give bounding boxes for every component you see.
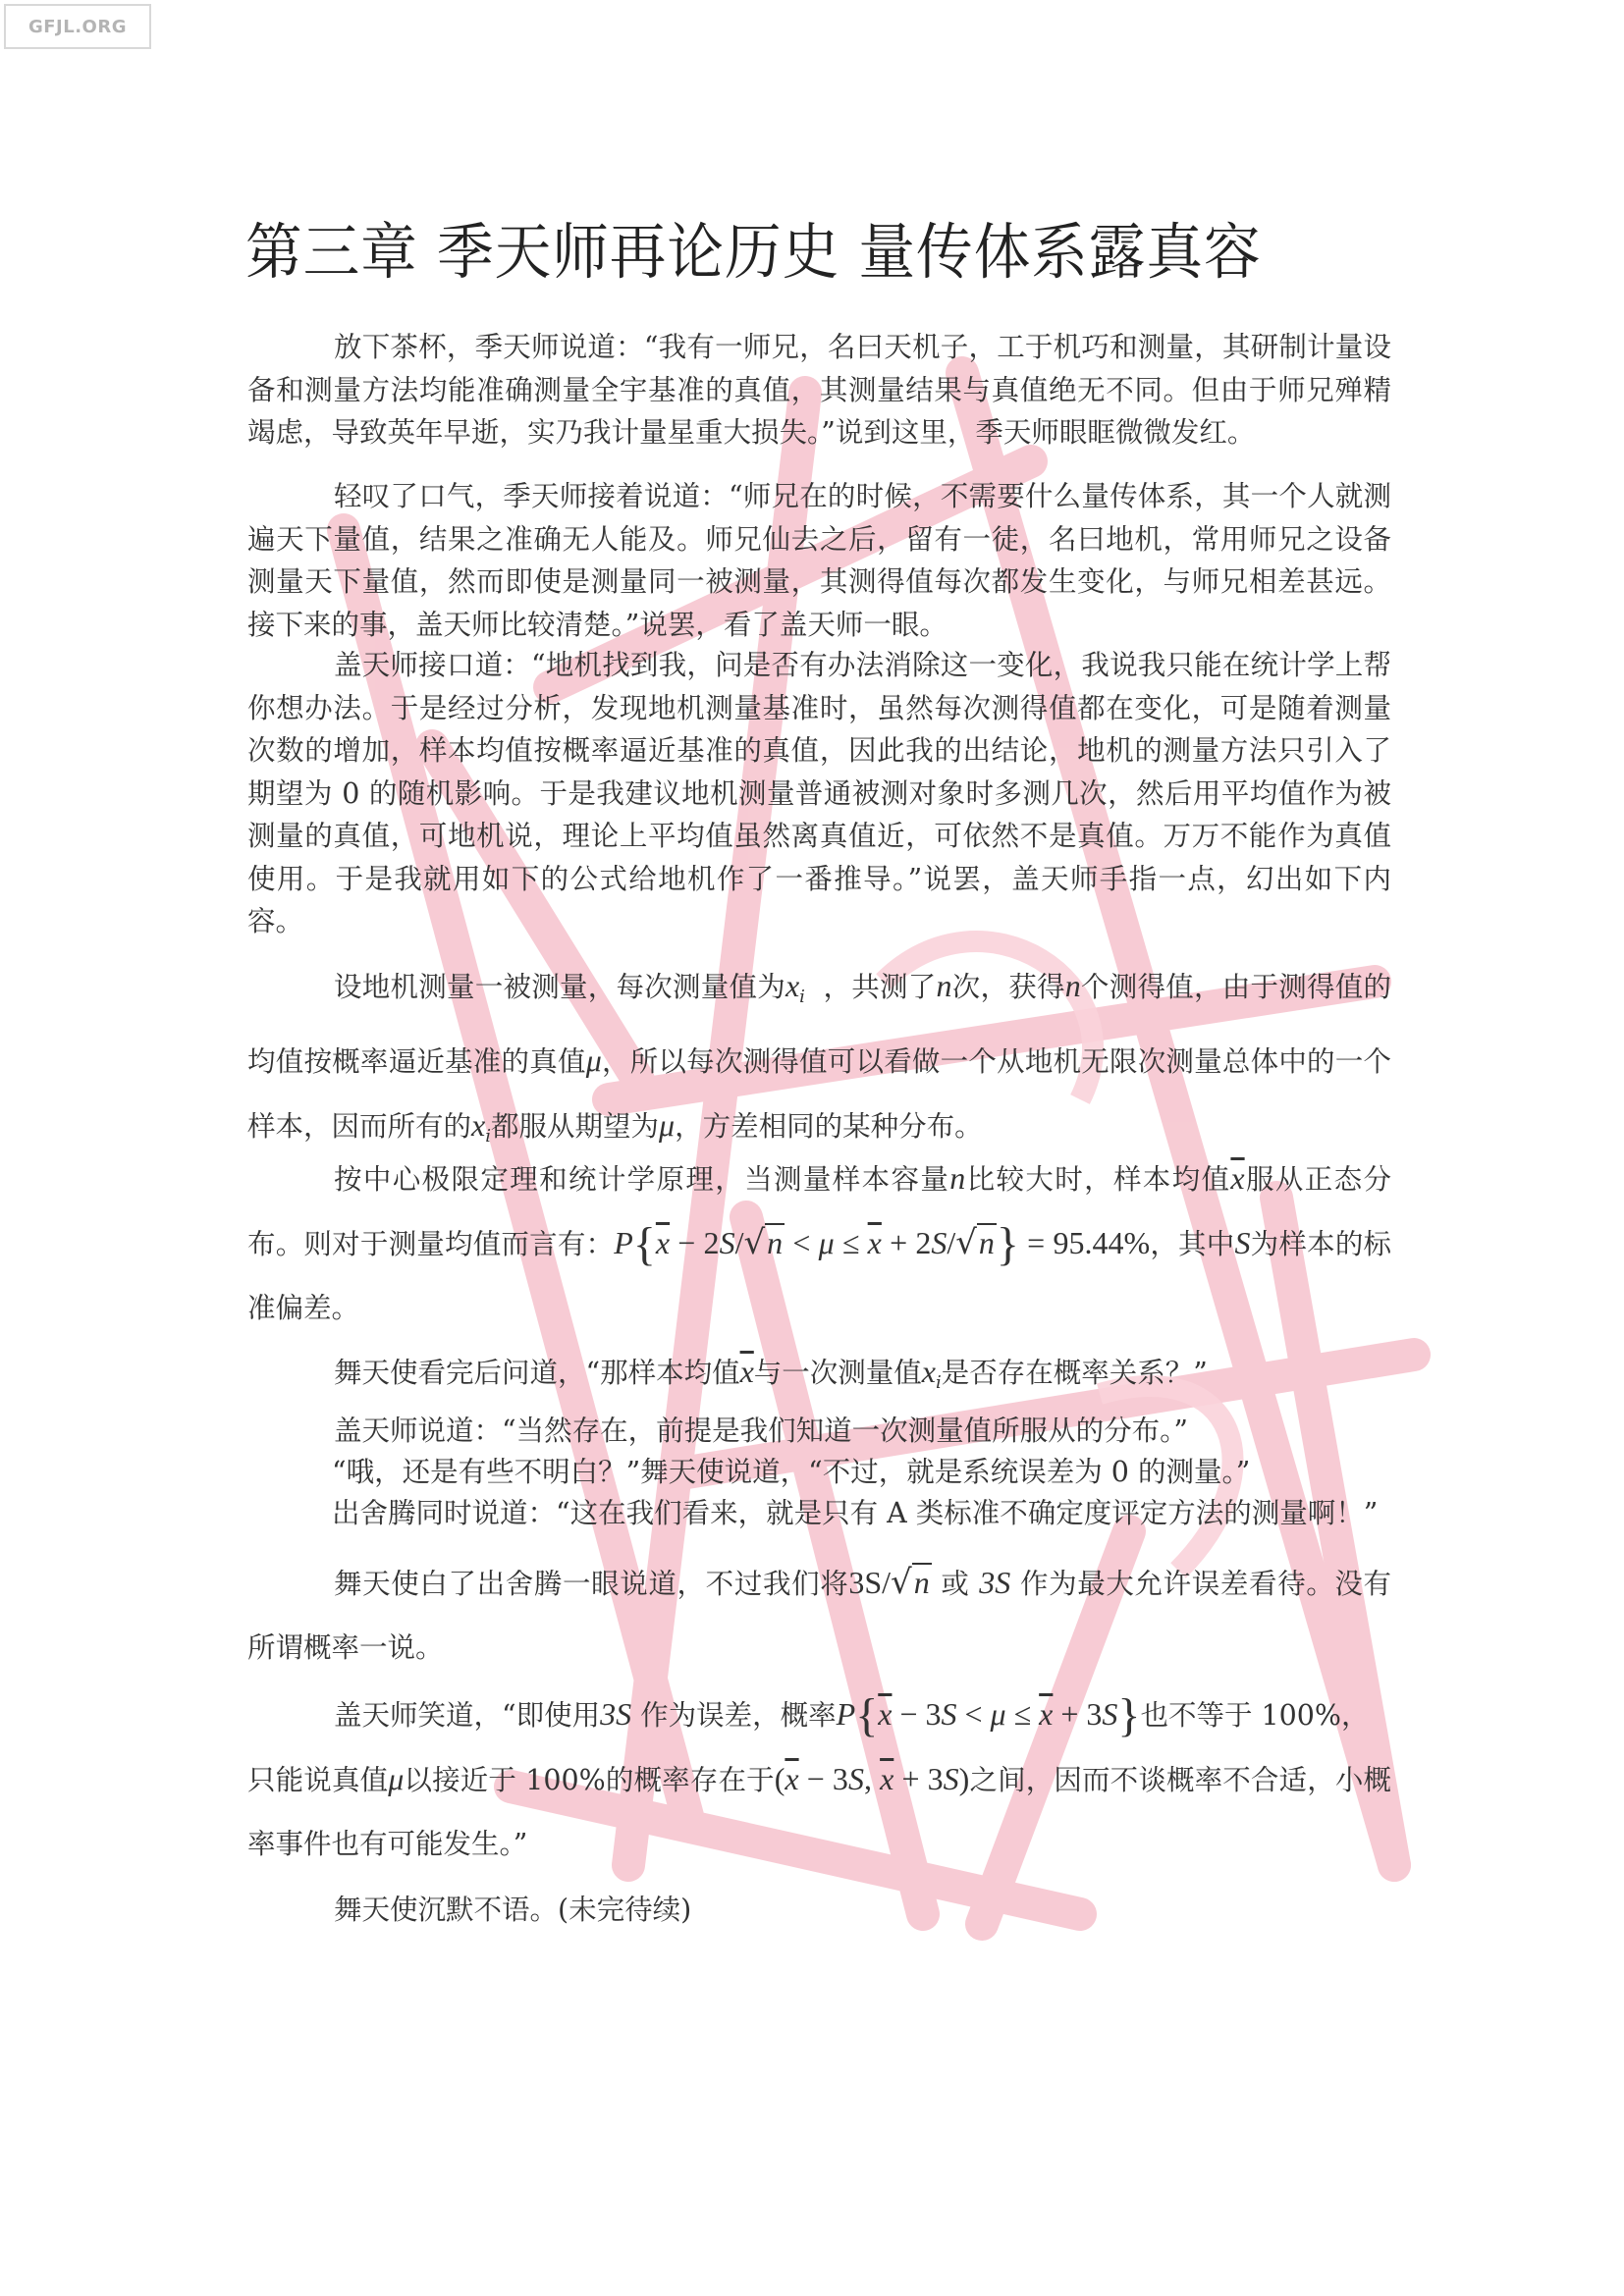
paragraph-9: 岀舍腾同时说道：“这在我们看来，就是只有 A 类标准不确定度评定方法的测量啊！”	[247, 1492, 1392, 1535]
chapter-title: 第三章 季天师再论历史 量传体系露真容	[245, 208, 1305, 296]
paragraph-11: 盖天师笑道，“即使用3S 作为误差，概率P{x − 3S < μ ≤ x + 3…	[247, 1682, 1391, 1876]
paragraph-7: 盖天师说道：“当然存在，前提是我们知道一次测量值所服从的分布。”	[247, 1410, 1391, 1453]
formula-confidence-interval: P{x − 2S/√n < μ ≤ x + 2S/√n} = 95.44%	[614, 1228, 1150, 1260]
paragraph-5: 按中心极限定理和统计学原理，当测量样本容量n比较大时，样本均值x服从正态分布。则…	[247, 1147, 1391, 1340]
math-mu: μ	[586, 1042, 602, 1078]
formula-three-sigma: P{x − 3S < μ ≤ x + 3S}	[837, 1699, 1141, 1732]
paragraph-2: 轻叹了口气，季天师接着说道：“师兄在的时候，不需要什么量传体系，其一个人就测遍天…	[247, 475, 1391, 646]
math-x: x	[785, 968, 799, 1003]
math-xbar: x	[1230, 1160, 1244, 1196]
paragraph-1: 放下茶杯，季天师说道：“我有一师兄，名曰天机子，工于机巧和测量，其研制计量设备和…	[247, 326, 1391, 454]
paragraph-3: 盖天师接口道：“地机找到我，问是否有办法消除这一变化，我说我只能在统计学上帮你想…	[247, 644, 1391, 943]
paragraph-10: 舞天使白了岀舍腾一眼说道，不过我们将3S/√n 或 3S 作为最大允许误差看待。…	[247, 1551, 1391, 1680]
paragraph-6: 舞天使看完后问道，“那样本均值x与一次测量值xi是否存在概率关系？”	[247, 1351, 1391, 1405]
paragraph-12: 舞天使沉默不语。(未完待续)	[247, 1889, 1394, 1932]
site-logo: GFJL.ORG	[4, 4, 151, 49]
paragraph-4: 设地机测量一被测量，每次测量值为xi ，共测了n次，获得n个测得值，由于测得值的…	[247, 954, 1391, 1168]
paragraph-8: “哦，还是有些不明白？”舞天使说道，“不过，就是系统误差为 0 的测量。”	[247, 1451, 1392, 1494]
